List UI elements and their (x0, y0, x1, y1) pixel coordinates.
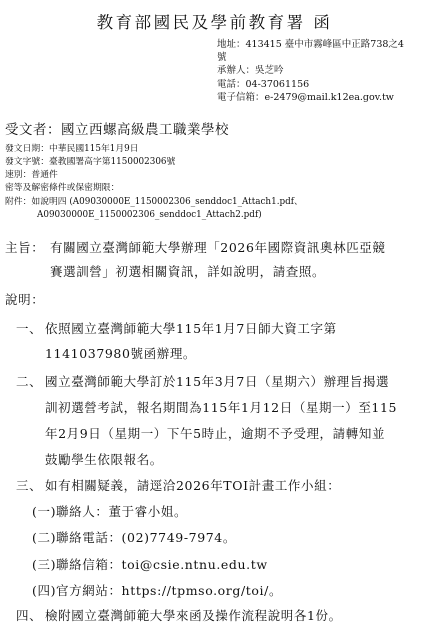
item-2-line-1: 國立臺灣師範大學訂於115年3月7日（星期六）辦理旨揭選 (45, 372, 389, 390)
issue-date: 發文日期：中華民國115年1月9日 (5, 143, 139, 156)
contact-mailbox[interactable]: (三)聯絡信箱：toi@csie.ntnu.edu.tw (32, 555, 268, 573)
contact-phone: 電話：04-37061156 (217, 78, 309, 91)
delivery-speed: 速別：普通件 (5, 169, 58, 182)
item-2-line-3: 年2月9日（星期一）下午5時止，逾期不予受理，請轉知並 (45, 424, 385, 442)
address-line-1: 地址：413415 臺中市霧峰區中正路738之4 (217, 38, 404, 51)
contact-telephone: (二)聯絡電話：(02)7749-7974。 (32, 528, 236, 546)
subject-line-2: 賽選訓營」初選相關資訊，詳如說明，請查照。 (50, 262, 325, 280)
attachments-line-1[interactable]: 附件：如說明四 (A09030000E_1150002306_senddoc1_… (5, 196, 303, 209)
contact-email[interactable]: 電子信箱：e-2479@mail.k12ea.gov.tw (217, 91, 394, 104)
address-line-2: 號 (217, 51, 227, 64)
contact-name: (一)聯絡人：董于睿小姐。 (32, 502, 187, 520)
item-4-line-1: 檢附國立臺灣師範大學來函及操作流程說明各1份。 (45, 606, 342, 624)
item-3-marker: 三、 (16, 476, 42, 494)
item-2-line-2: 訓初選營考試，報名期間為115年1月12日（星期一）至115 (45, 398, 397, 416)
document-number: 發文字號：臺教國署高字第1150002306號 (5, 156, 175, 169)
recipient: 受文者：國立西螺高級農工職業學校 (5, 118, 229, 138)
contact-person: 承辦人：吳芝吟 (217, 64, 284, 77)
item-1-line-2: 1141037980號函辦理。 (45, 344, 196, 362)
item-1-line-1: 依照國立臺灣師範大學115年1月7日師大資工字第 (45, 319, 337, 337)
item-3-line-1: 如有相關疑義，請逕洽2026年TOI計畫工作小組： (45, 476, 340, 494)
document-title: 教育部國民及學前教育署 函 (0, 9, 429, 33)
item-2-marker: 二、 (16, 372, 42, 390)
official-website[interactable]: (四)官方網站：https://tpmso.org/toi/。 (32, 581, 282, 599)
subject-label: 主旨： (5, 238, 44, 256)
item-4-marker: 四、 (16, 606, 42, 624)
item-2-line-4: 鼓勵學生依限報名。 (45, 450, 163, 468)
subject-line-1: 有關國立臺灣師範大學辦理「2026年國際資訊奧林匹亞競 (50, 238, 386, 256)
secrecy-level: 密等及解密條件或保密期限： (5, 182, 119, 195)
explanation-label: 說明： (5, 290, 44, 308)
item-1-marker: 一、 (16, 319, 42, 337)
attachments-line-2[interactable]: A09030000E_1150002306_senddoc1_Attach2.p… (37, 209, 262, 222)
